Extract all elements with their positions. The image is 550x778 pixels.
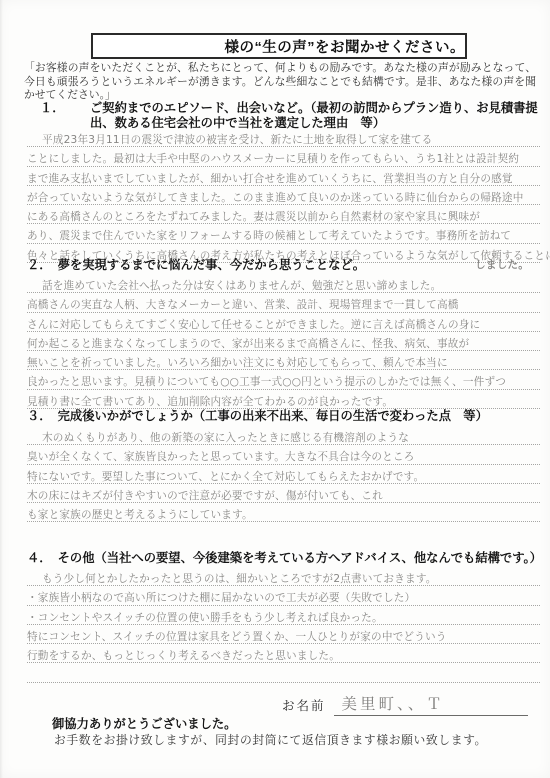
name-underline: 美里町、、Ｔ xyxy=(334,690,528,716)
handwritten-line: まで進み支払いまでしていましたが、細かい打合せを進めていくうちに、営業担当の方と… xyxy=(27,167,540,186)
handwritten-line: 良かったと思います。見積りについても○○工事一式○○円という提示のしかたでは無く… xyxy=(27,370,540,389)
section-4-number: ４． xyxy=(27,551,52,566)
name-row: お名前 美里町、、Ｔ xyxy=(282,690,528,716)
handwritten-name: 美里町、、Ｔ xyxy=(334,692,449,715)
handwritten-line: 高橋さんの実直な人柄、大きなメーカーと違い、営業、設計、現場管理まで一貫して高橋 xyxy=(27,293,540,312)
handwritten-overflow-line: しました。 xyxy=(475,258,543,273)
handwritten-line: も家と家族の歴史と考えるようにしています。 xyxy=(27,503,540,522)
handwritten-line: 見積り書に全て書いてあり、追加削除内容が全てわかるのが良かったです。 xyxy=(27,390,540,409)
section-3-title: 完成後いかがでしょうか（工事の出来不出来、毎日の生活で変わった点 等） xyxy=(58,409,543,424)
customer-name-blank xyxy=(93,35,225,57)
handwritten-line-empty xyxy=(27,663,540,682)
scanned-survey-page: 様の“生の声”をお聞かせください。 「お客様の声をいただくことが、私たちにとって… xyxy=(0,0,550,778)
section-3-number: ３． xyxy=(27,409,52,424)
handwritten-line: 特にコンセント、スイッチの位置は家具をどう置くか、一人ひとりが家の中でどういう xyxy=(27,625,540,644)
handwritten-line: 特にないです。要望した事について、とにかく全て対応してもらえたおかげです。 xyxy=(27,465,540,484)
handwritten-line: 行動をするか、もっとじっくり考えるべきだったと思いました。 xyxy=(27,644,540,663)
section-3-heading: ３． 完成後いかがでしょうか（工事の出来不出来、毎日の生活で変わった点 等） xyxy=(27,409,543,424)
section-2-number: ２． xyxy=(27,258,52,273)
handwritten-line: さんに対応してもらえてすごく安心して任せることができました。逆に言えば高橋さんの… xyxy=(27,313,540,332)
handwritten-line: 臭いが全くなくて、家族皆良かったと思っています。大きな不具合は今のところ xyxy=(27,445,540,464)
handwritten-line: ・家族皆小柄なので高い所につけた棚に届かないので工夫が必要（失敗でした） xyxy=(27,586,540,605)
section-1-number: １． xyxy=(40,101,76,116)
handwritten-line: ことにしました。最初は大手や中堅のハウスメーカーに見積りを作ってもらい、うち1社… xyxy=(27,147,540,166)
section-1-heading: １． ご契約までのエピソード、出会いなど。（最初の訪問からプラン造り、お見積書提… xyxy=(40,101,538,131)
handwritten-line: 平成23年3月11日の震災で津波の被害を受け、新たに土地を取得して家を建てる xyxy=(27,128,540,147)
page-title: 様の“生の声”をお聞かせください。 xyxy=(225,36,466,57)
section-2-heading: ２． 夢を実現するまでに悩んだ事、今だから思うことなど。 しました。 xyxy=(27,258,543,273)
thanks-text: 御協力ありがとうございました。 xyxy=(52,714,236,732)
handwritten-line: 木のぬくもりがあり、他の新築の家に入ったときに感じる有機溶剤のような xyxy=(27,426,540,445)
handwritten-line: 何か起こると進まなくなってしまうので、家が出来るまで高橋さんに、怪我、病気、事故… xyxy=(27,332,540,351)
section-2-title: 夢を実現するまでに悩んだ事、今だから思うことなど。 xyxy=(58,258,475,273)
section-2-answer: 話を進めていた会社へ払った分は安くはありませんが、勉強だと思い諦めました。 高橋… xyxy=(27,274,540,409)
handwritten-line: にある高橋さんのところをたずねてみました。妻は震災以前から自然素材の家や家具に興… xyxy=(27,205,540,224)
return-request-text: お手数をお掛け致しますが、同封の封筒にて返信頂きます様お願い致します。 xyxy=(54,731,487,748)
intro-text: 「お客様の声をいただくことが、私たちにとって、何よりもの励みです。あなた様の声が… xyxy=(24,62,536,103)
handwritten-line: ・コンセントやスイッチの位置の使い勝手をもう少し考えれば良かった。 xyxy=(27,606,540,625)
section-4-title: その他（当社への要望、今後建築を考えている方へアドバイス、他なんでも結構です。） xyxy=(58,551,543,566)
handwritten-line: もう少し何とかしたかったと思うのは、細かいところですが2点書いておきます。 xyxy=(27,567,540,586)
handwritten-line: 木の床にはキズが付きやすいので注意が必要ですが、傷が付いても、これ xyxy=(27,484,540,503)
section-1-title: ご契約までのエピソード、出会いなど。（最初の訪問からプラン造り、お見積書提出、数… xyxy=(90,101,538,131)
handwritten-line: あり、震災まで住んでいた家をリフォームする時の候補として考えていたようです。事務… xyxy=(27,224,540,243)
title-box: 様の“生の声”をお聞かせください。 xyxy=(91,33,467,59)
name-label: お名前 xyxy=(282,696,326,716)
section-1-answer: 平成23年3月11日の震災で津波の被害を受け、新たに土地を取得して家を建てる こ… xyxy=(27,128,540,263)
handwritten-line: が合っていないような気がしてきました。このまま進めて良いのか迷っている時に仙台か… xyxy=(27,186,540,205)
scan-edge-artifact xyxy=(0,0,3,778)
handwritten-line: 話を進めていた会社へ払った分は安くはありませんが、勉強だと思い諦めました。 xyxy=(27,274,540,293)
section-4-answer: もう少し何とかしたかったと思うのは、細かいところですが2点書いておきます。 ・家… xyxy=(27,567,540,683)
section-4-heading: ４． その他（当社への要望、今後建築を考えている方へアドバイス、他なんでも結構で… xyxy=(27,551,543,566)
section-3-answer: 木のぬくもりがあり、他の新築の家に入ったときに感じる有機溶剤のような 臭いが全く… xyxy=(27,426,540,522)
handwritten-line: 無いことを祈っていました。いろいろ細かい注文にも対応してもらって、頼んで本当に xyxy=(27,351,540,370)
